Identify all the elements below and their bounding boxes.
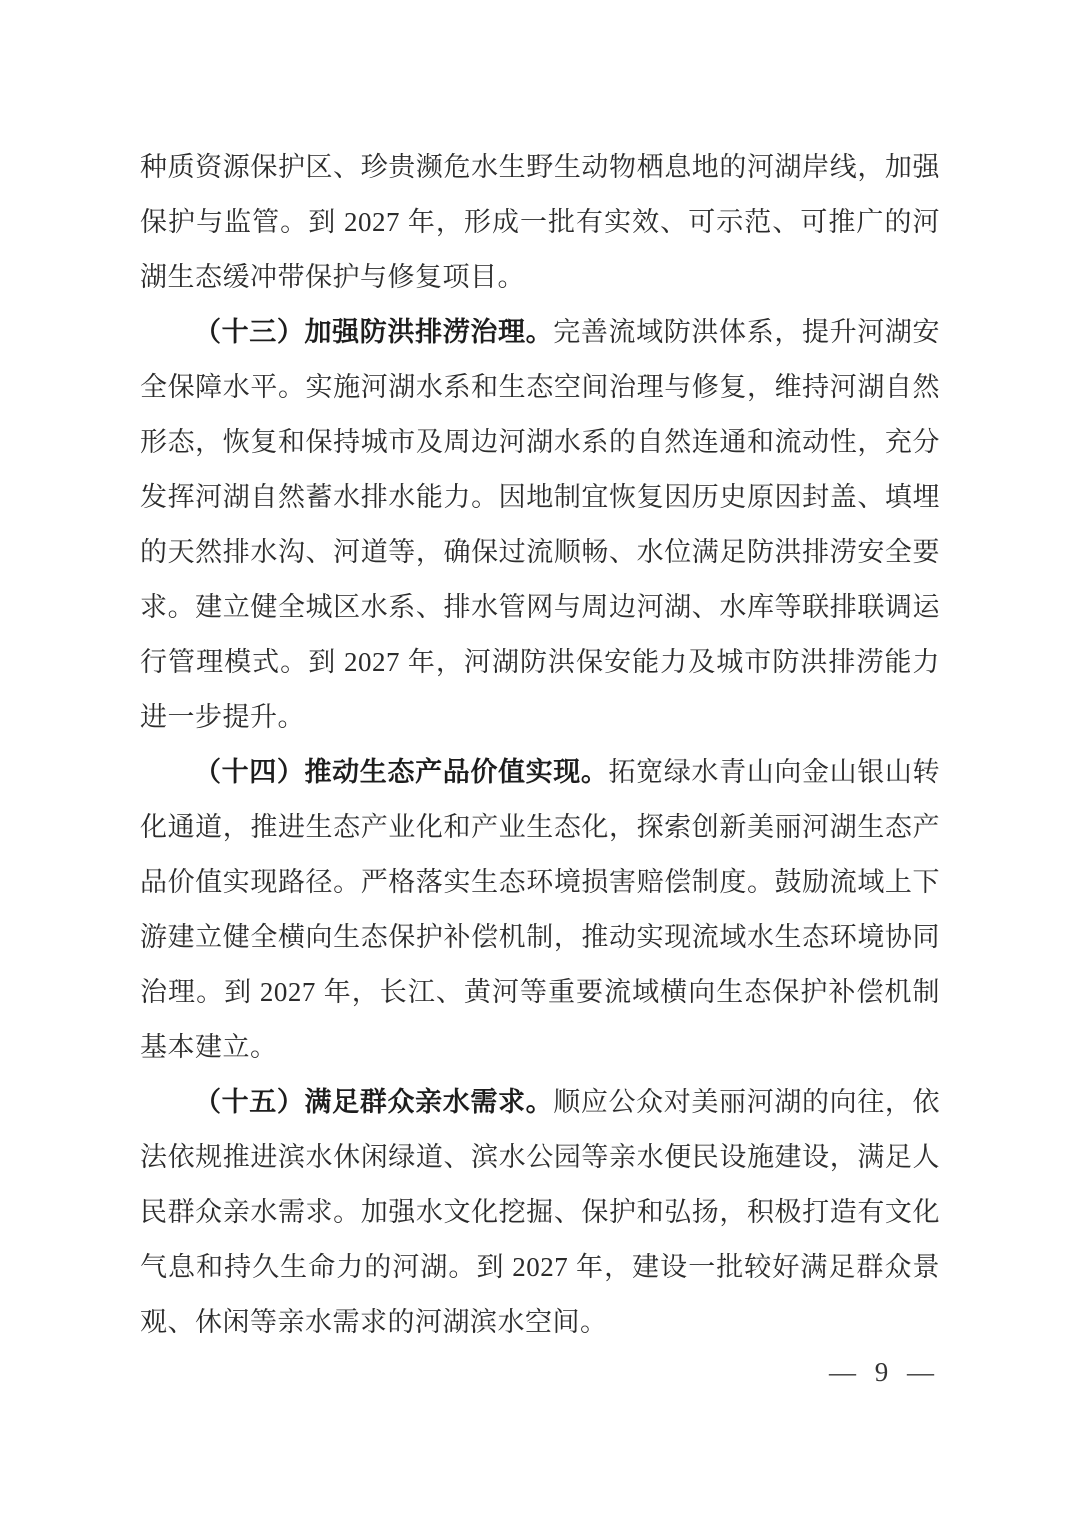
document-page: 种质资源保护区、珍贵濒危水生野生动物栖息地的河湖岸线，加强保护与监管。到 202… <box>0 0 1080 1528</box>
paragraph-body: 种质资源保护区、珍贵濒危水生野生动物栖息地的河湖岸线，加强保护与监管。到 202… <box>140 152 940 292</box>
paragraph-section-13: （十三）加强防洪排涝治理。完善流域防洪体系，提升河湖安全保障水平。实施河湖水系和… <box>140 305 940 745</box>
paragraph-body: 拓宽绿水青山向金山银山转化通道，推进生态产业化和产业生态化，探索创新美丽河湖生态… <box>140 757 940 1062</box>
paragraph-continuation: 种质资源保护区、珍贵濒危水生野生动物栖息地的河湖岸线，加强保护与监管。到 202… <box>140 140 940 305</box>
paragraph-section-15: （十五）满足群众亲水需求。顺应公众对美丽河湖的向往，依法依规推进滨水休闲绿道、滨… <box>140 1075 940 1350</box>
section-13-heading: （十三）加强防洪排涝治理。 <box>194 317 553 347</box>
page-number: — 9 — <box>829 1352 940 1392</box>
document-text-block: 种质资源保护区、珍贵濒危水生野生动物栖息地的河湖岸线，加强保护与监管。到 202… <box>140 140 940 1350</box>
section-15-heading: （十五）满足群众亲水需求。 <box>194 1087 553 1117</box>
paragraph-section-14: （十四）推动生态产品价值实现。拓宽绿水青山向金山银山转化通道，推进生态产业化和产… <box>140 745 940 1075</box>
paragraph-body: 完善流域防洪体系，提升河湖安全保障水平。实施河湖水系和生态空间治理与修复，维持河… <box>140 317 940 732</box>
paragraph-body: 顺应公众对美丽河湖的向往，依法依规推进滨水休闲绿道、滨水公园等亲水便民设施建设，… <box>140 1087 940 1337</box>
section-14-heading: （十四）推动生态产品价值实现。 <box>194 757 609 787</box>
